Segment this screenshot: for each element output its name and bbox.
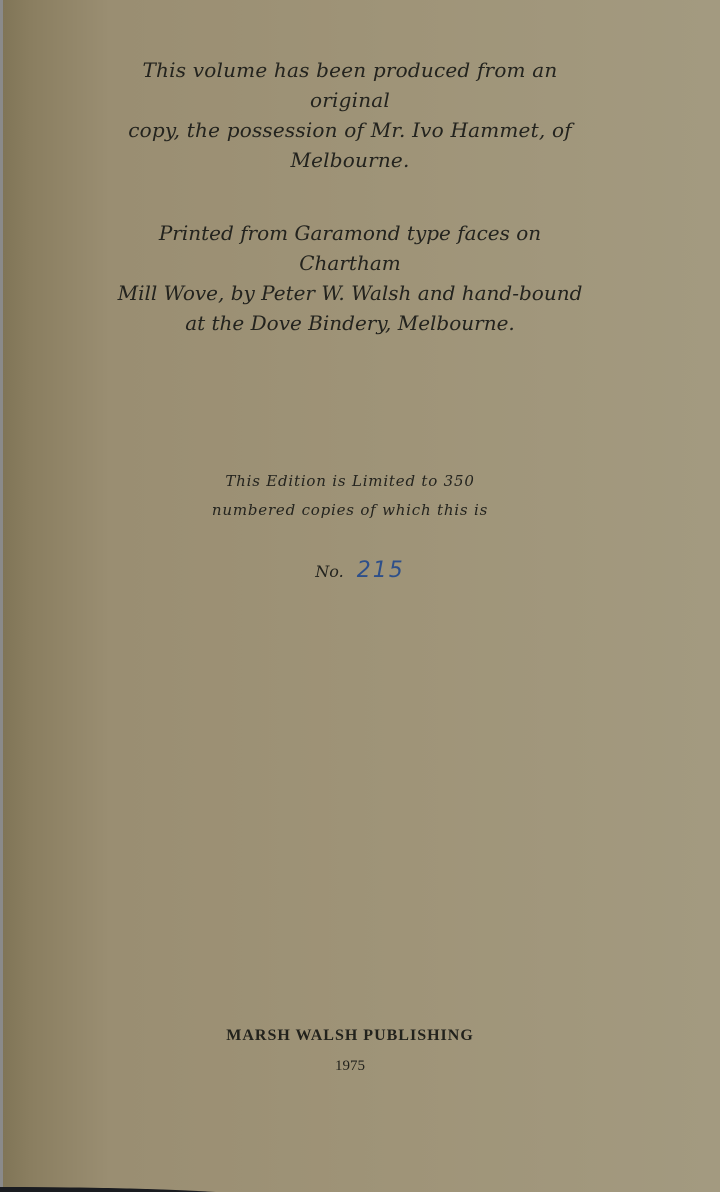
copy-number-label: No.: [315, 562, 343, 581]
provenance-line: copy, the possession of Mr. Ivo Hammet, …: [105, 115, 595, 145]
handwritten-copy-number: 215: [357, 558, 405, 583]
provenance-paragraph: This volume has been produced from an or…: [105, 55, 595, 175]
provenance-line: This volume has been produced from an or…: [105, 55, 595, 115]
limitation-statement: This Edition is Limited to 350 numbered …: [190, 467, 510, 525]
page-left-edge: [0, 0, 3, 1192]
page-bottom-shadow: [0, 1178, 720, 1192]
provenance-line: Melbourne.: [105, 145, 595, 175]
printing-line: Mill Wove, by Peter W. Walsh and hand-bo…: [105, 278, 595, 308]
book-page: This volume has been produced from an or…: [0, 0, 720, 1192]
printing-paragraph: Printed from Garamond type faces on Char…: [105, 218, 595, 338]
publisher-name: MARSH WALSH PUBLISHING: [150, 1027, 550, 1045]
printing-line: Printed from Garamond type faces on Char…: [105, 218, 595, 278]
publication-year: 1975: [150, 1058, 550, 1075]
printing-line: at the Dove Bindery, Melbourne.: [105, 308, 595, 338]
copy-number: No. 215: [200, 558, 520, 583]
limitation-line: This Edition is Limited to 350: [190, 467, 510, 496]
limitation-line: numbered copies of which this is: [190, 496, 510, 525]
